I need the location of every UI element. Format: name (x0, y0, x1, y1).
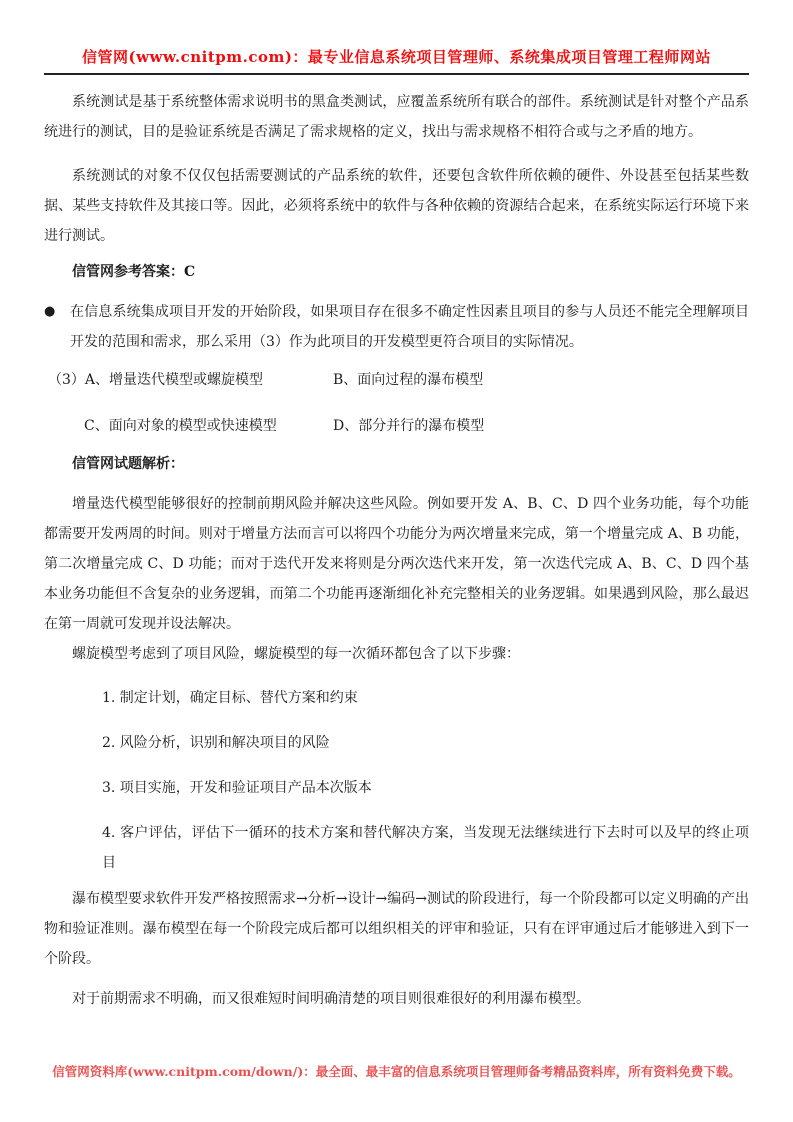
question-text: 在信息系统集成项目开发的开始阶段，如果项目存在很多不确定性因素且项目的参与人员还… (70, 297, 749, 357)
list-item-step-2: 2. 风险分析，识别和解决项目的风险 (44, 728, 749, 758)
paragraph-system-test-1: 系统测试是基于系统整体需求说明书的黑盒类测试，应覆盖系统所有联合的部件。系统测试… (44, 87, 749, 147)
analysis-paragraph-waterfall: 瀑布模型要求软件开发严格按照需求→分析→设计→编码→测试的阶段进行，每一个阶段都… (44, 884, 749, 974)
option-c: C、面向对象的模型或快速模型 (44, 411, 333, 441)
list-item-step-4: 4. 客户评估，评估下一循环的技术方案和替代解决方案，当发现无法继续进行下去时可… (44, 818, 749, 878)
header-divider (44, 73, 749, 75)
reference-answer-label: 信管网参考答案：C (44, 257, 749, 287)
list-item-step-3: 3. 项目实施，开发和验证项目产品本次版本 (44, 773, 749, 803)
option-a-label: A、增量迭代模型或螺旋模型 (85, 372, 263, 388)
site-header-title: 信管网(www.cnitpm.com)：最专业信息系统项目管理师、系统集成项目管… (44, 46, 749, 68)
question-item: ● 在信息系统集成项目开发的开始阶段，如果项目存在很多不确定性因素且项目的参与人… (44, 297, 749, 357)
analysis-heading: 信管网试题解析： (44, 449, 749, 479)
option-b: B、面向过程的瀑布模型 (333, 365, 749, 395)
footer-resource-text: 信管网资料库(www.cnitpm.com/down/)：最全面、最丰富的信息系… (44, 1061, 749, 1083)
document-page: 信管网(www.cnitpm.com)：最专业信息系统项目管理师、系统集成项目管… (0, 0, 793, 1122)
options-row-2: C、面向对象的模型或快速模型 D、部分并行的瀑布模型 (44, 411, 749, 441)
document-footer: 信管网资料库(www.cnitpm.com/down/)：最全面、最丰富的信息系… (44, 1061, 749, 1083)
option-d: D、部分并行的瀑布模型 (333, 411, 749, 441)
options-row-1: （3）A、增量迭代模型或螺旋模型 B、面向过程的瀑布模型 (44, 365, 749, 395)
document-header: 信管网(www.cnitpm.com)：最专业信息系统项目管理师、系统集成项目管… (44, 0, 749, 75)
paragraph-system-test-2: 系统测试的对象不仅仅包括需要测试的产品系统的软件，还要包含软件所依赖的硬件、外设… (44, 161, 749, 251)
analysis-paragraph-conclusion: 对于前期需求不明确，而又很难短时间明确清楚的项目则很难很好的利用瀑布模型。 (44, 984, 749, 1014)
list-item-step-1: 1. 制定计划，确定目标、替代方案和约束 (44, 683, 749, 713)
blank-number-label: （3） (48, 372, 85, 388)
bullet-icon: ● (44, 297, 70, 357)
analysis-paragraph-spiral-intro: 螺旋模型考虑到了项目风险，螺旋模型的每一次循环都包含了以下步骤： (44, 639, 749, 669)
analysis-paragraph-incremental: 增量迭代模型能够很好的控制前期风险并解决这些风险。例如要开发 A、B、C、D 四… (44, 489, 749, 639)
option-a: （3）A、增量迭代模型或螺旋模型 (44, 365, 333, 395)
